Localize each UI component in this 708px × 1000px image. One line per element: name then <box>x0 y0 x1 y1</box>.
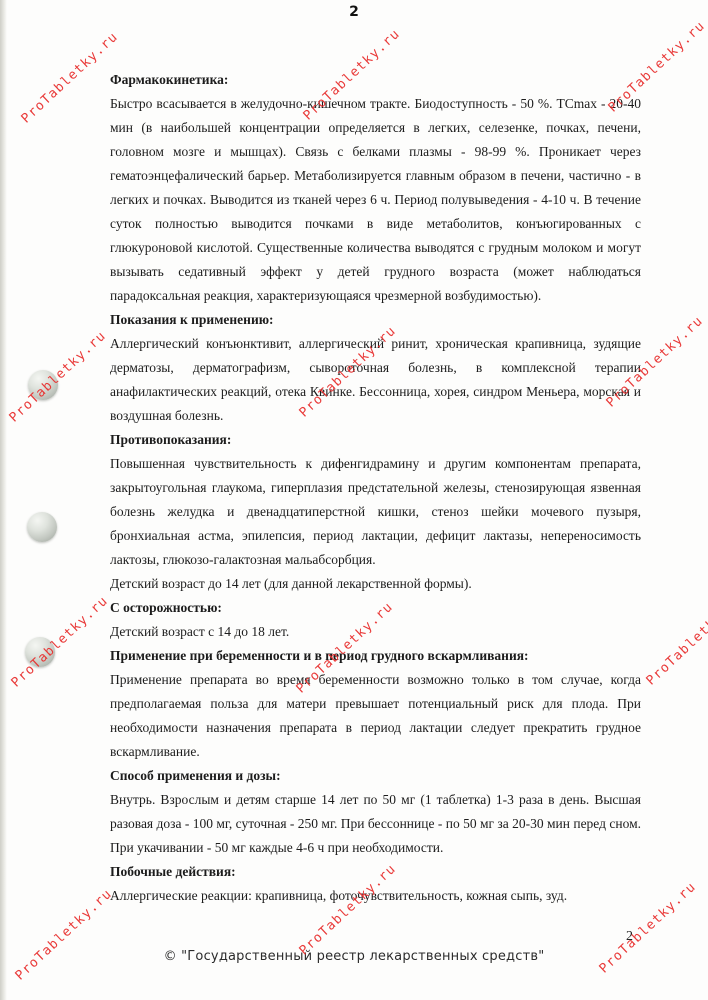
section-heading: Показания к применению: <box>110 308 641 332</box>
protabletky-watermark: ProTabletky.ru <box>19 29 122 126</box>
section-heading: Фармакокинетика: <box>110 68 641 92</box>
protabletky-watermark: ProTabletky.ru <box>13 886 116 983</box>
section-paragraph: Аллергические реакции: крапивница, фоточ… <box>110 884 641 908</box>
scan-blob-artifact <box>28 370 58 400</box>
section-heading: Противопоказания: <box>110 428 641 452</box>
section-paragraph: Повышенная чувствительность к дифенгидра… <box>110 452 641 572</box>
document-page: 2 Фармакокинетика:Быстро всасывается в ж… <box>0 0 708 1000</box>
section-paragraph: Применение препарата во время беременнос… <box>110 668 641 764</box>
protabletky-watermark: ProTabletky.ru <box>7 328 110 425</box>
section-paragraph: Аллергический конъюнктивит, аллергически… <box>110 332 641 428</box>
page-number-top: 2 <box>0 4 708 20</box>
scan-blob-artifact <box>27 512 57 542</box>
section-paragraph: Детский возраст с 14 до 18 лет. <box>110 620 641 644</box>
section-paragraph: Детский возраст до 14 лет (для данной ле… <box>110 572 641 596</box>
page-number-bottom: 2 <box>626 929 633 945</box>
section-heading: С осторожностью: <box>110 596 641 620</box>
protabletky-watermark: ProTabletky.ru <box>9 593 112 690</box>
protabletky-watermark: ProTabletky.ru <box>644 591 708 688</box>
section-heading: Побочные действия: <box>110 860 641 884</box>
copyright-footer: © "Государственный реестр лекарственных … <box>0 949 708 964</box>
section-paragraph: Внутрь. Взрослым и детям старше 14 лет п… <box>110 788 641 860</box>
scan-edge-artifact <box>0 0 7 1000</box>
document-body: Фармакокинетика:Быстро всасывается в жел… <box>110 68 641 908</box>
section-paragraph: Быстро всасывается в желудочно-кишечном … <box>110 92 641 308</box>
section-heading: Способ применения и дозы: <box>110 764 641 788</box>
section-heading: Применение при беременности и в период г… <box>110 644 641 668</box>
scan-blob-artifact <box>25 637 55 667</box>
